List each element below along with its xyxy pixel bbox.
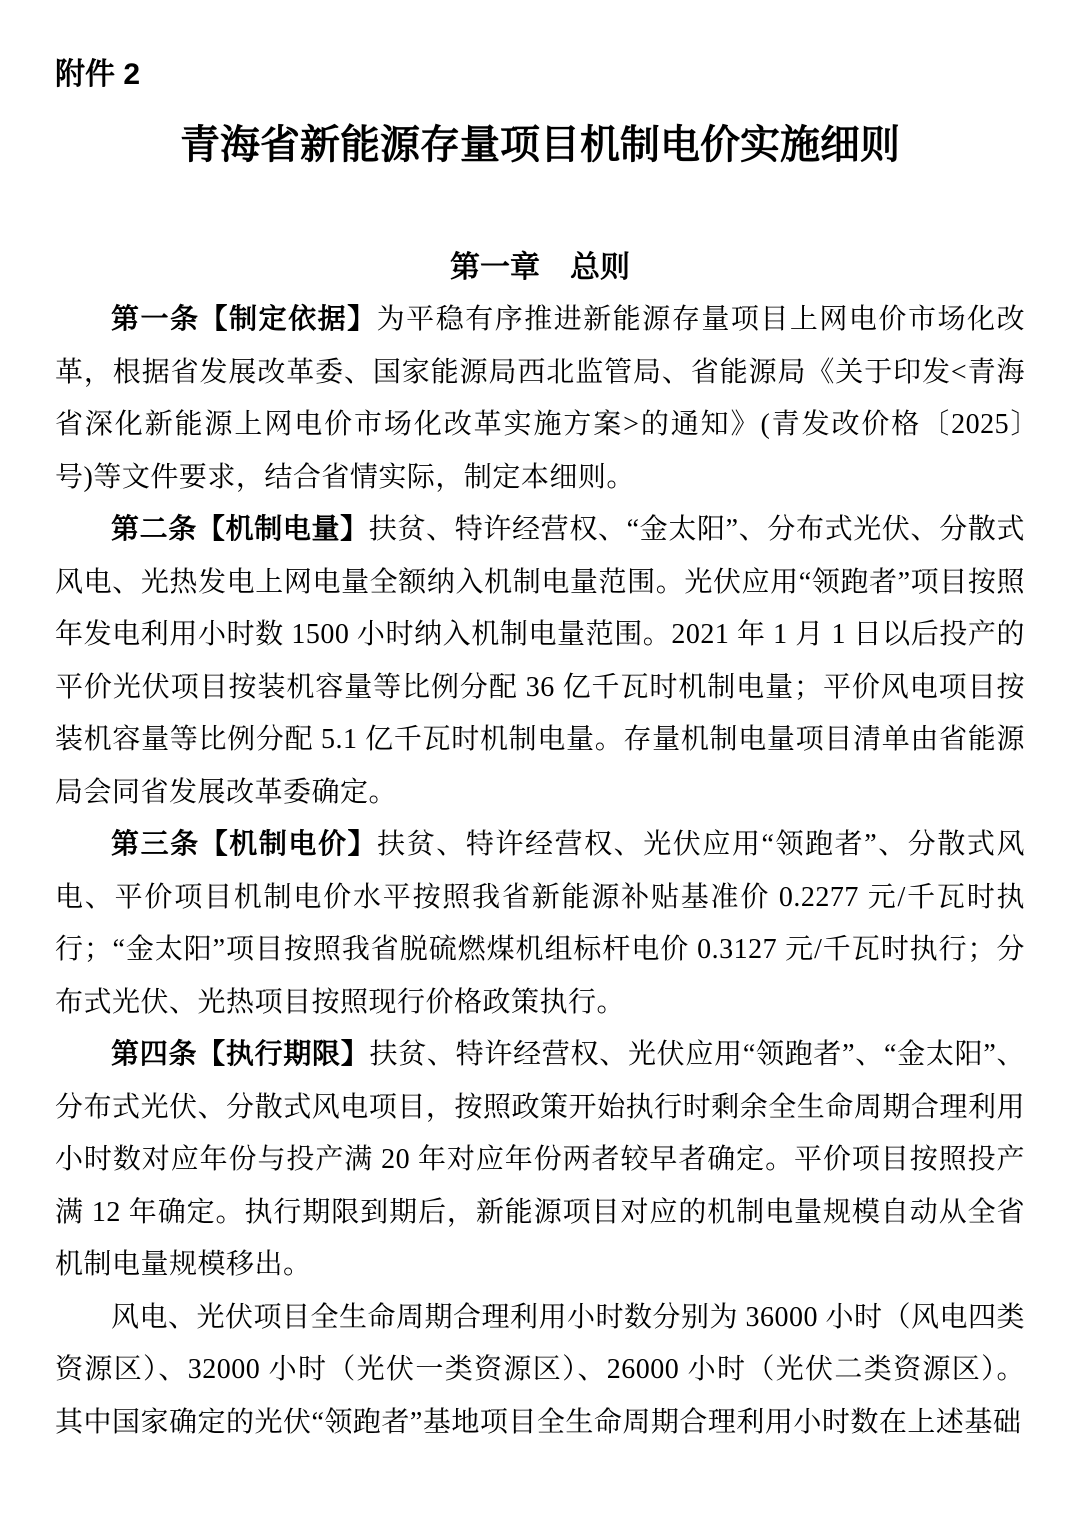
paragraph-article-2: 第二条【机制电量】扶贫、特许经营权、“金太阳”、分布式光伏、分散式风电、光热发电… <box>55 504 1025 819</box>
continuation-text: 风电、光伏项目全生命周期合理利用小时数分别为 36000 小时（风电四类资源区）… <box>55 1302 1025 1438</box>
article-4-text: 扶贫、特许经营权、光伏应用“领跑者”、“金太阳”、分布式光伏、分散式风电项目，按… <box>55 1039 1025 1280</box>
paragraph-article-1: 第一条【制定依据】为平稳有序推进新能源存量项目上网电价市场化改革，根据省发展改革… <box>55 294 1025 504</box>
article-4-lead: 第四条【执行期限】 <box>111 1039 369 1070</box>
paragraph-article-3: 第三条【机制电价】扶贫、特许经营权、光伏应用“领跑者”、分散式风电、平价项目机制… <box>55 819 1025 1029</box>
chapter-heading: 第一章 总则 <box>55 251 1025 285</box>
annex-label: 附件 2 <box>55 0 1025 92</box>
paragraph-continuation: 风电、光伏项目全生命周期合理利用小时数分别为 36000 小时（风电四类资源区）… <box>55 1292 1025 1450</box>
article-2-text: 扶贫、特许经营权、“金太阳”、分布式光伏、分散式风电、光热发电上网电量全额纳入机… <box>55 514 1025 808</box>
article-1-lead: 第一条【制定依据】 <box>111 304 377 335</box>
paragraph-article-4: 第四条【执行期限】扶贫、特许经营权、光伏应用“领跑者”、“金太阳”、分布式光伏、… <box>55 1029 1025 1292</box>
article-3-lead: 第三条【机制电价】 <box>111 829 377 860</box>
document-body: 第一条【制定依据】为平稳有序推进新能源存量项目上网电价市场化改革，根据省发展改革… <box>55 294 1025 1449</box>
document-page: 附件 2 青海省新能源存量项目机制电价实施细则 第一章 总则 第一条【制定依据】… <box>0 0 1080 1526</box>
article-2-lead: 第二条【机制电量】 <box>111 514 369 545</box>
document-title: 青海省新能源存量项目机制电价实施细则 <box>55 123 1025 167</box>
